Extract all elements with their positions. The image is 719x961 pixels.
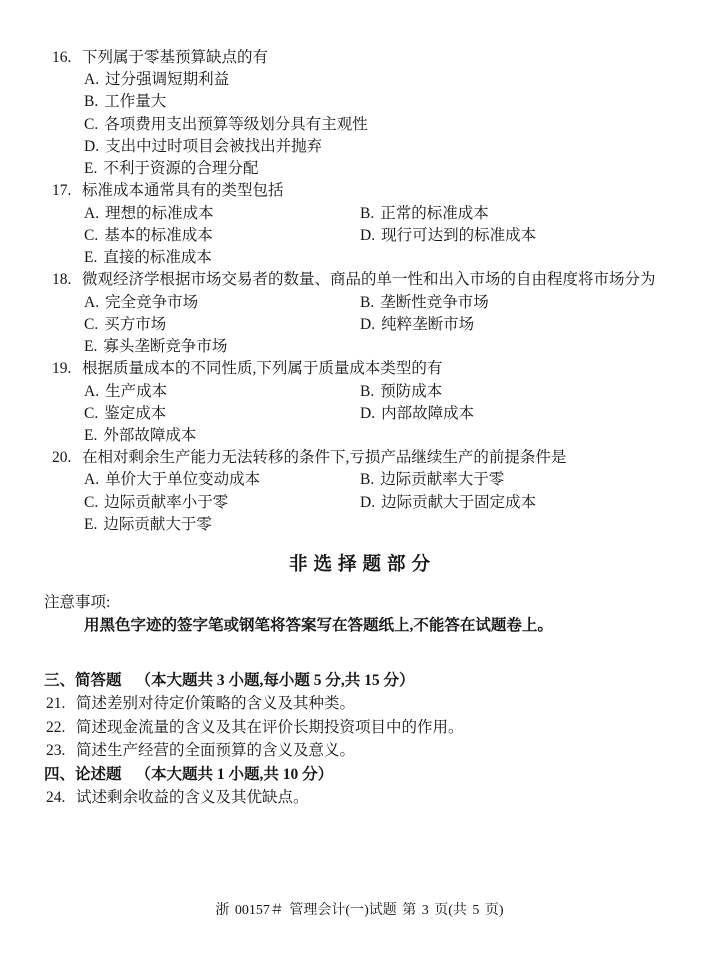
question-number: 17. <box>52 180 82 202</box>
option-label: E. <box>84 427 97 444</box>
question-text: 下列属于零基预算缺点的有 <box>82 49 268 66</box>
option-row-18-ab: A.完全竞争市场 B.垄断性竞争市场 <box>0 292 719 314</box>
option-label: A. <box>84 294 99 311</box>
question-20: 20.在相对剩余生产能力无法转移的条件下,亏损产品继续生产的前提条件是 <box>0 447 719 469</box>
lower-sections-block: 三、简答题（本大题共 3 小题,每小题 5 分,共 15 分） 21.简述差别对… <box>0 669 719 809</box>
option-text: 理想的标准成本 <box>105 205 214 222</box>
option-18-d: D.纯粹垄断市场 <box>360 314 474 336</box>
option-label: A. <box>84 471 99 488</box>
option-19-b: B.预防成本 <box>360 381 442 403</box>
option-label: D. <box>360 494 375 511</box>
question-number: 16. <box>52 47 82 69</box>
option-text: 外部故障成本 <box>103 427 196 444</box>
question-18: 18.微观经济学根据市场交易者的数量、商品的单一性和出入市场的自由程度将市场分为 <box>0 269 719 291</box>
multiple-choice-block: 16.下列属于零基预算缺点的有 A.过分强调短期利益 B.工作量大 C.各项费用… <box>0 47 719 536</box>
option-text: 支出中过时项目会被找出并抛弃 <box>105 138 322 155</box>
option-16-d: D.支出中过时项目会被找出并抛弃 <box>0 136 719 158</box>
question-19: 19.根据质量成本的不同性质,下列属于质量成本类型的有 <box>0 358 719 380</box>
option-text: 基本的标准成本 <box>104 227 213 244</box>
option-text: 工作量大 <box>104 93 166 110</box>
option-row-18-cd: C.买方市场 D.纯粹垄断市场 <box>0 314 719 336</box>
question-16: 16.下列属于零基预算缺点的有 <box>0 47 719 69</box>
option-label: B. <box>360 205 374 222</box>
option-text: 边际贡献率大于零 <box>380 471 504 488</box>
question-number: 21. <box>46 692 76 715</box>
question-number: 24. <box>46 786 76 809</box>
option-label: B. <box>360 294 374 311</box>
option-20-d: D.边际贡献大于固定成本 <box>360 492 536 514</box>
option-text: 预防成本 <box>380 383 442 400</box>
notice-body: 用黑色字迹的签字笔或钢笔将答案写在答题纸上,不能答在试题卷上。 <box>84 613 553 635</box>
question-text: 简述生产经营的全面预算的含义及意义。 <box>76 742 355 759</box>
option-17-b: B.正常的标准成本 <box>360 203 489 225</box>
option-text: 边际贡献大于零 <box>103 516 212 533</box>
question-17: 17.标准成本通常具有的类型包括 <box>0 180 719 202</box>
option-17-e: E.直接的标准成本 <box>0 247 719 269</box>
option-label: C. <box>84 405 98 422</box>
question-24: 24.试述剩余收益的含义及其优缺点。 <box>0 786 719 809</box>
page-footer: 浙 00157＃ 管理会计(一)试题 第 3 页(共 5 页) <box>0 899 719 919</box>
option-text: 正常的标准成本 <box>380 205 489 222</box>
option-19-c: C.鉴定成本 <box>84 405 166 422</box>
option-16-a: A.过分强调短期利益 <box>0 69 719 91</box>
option-label: E. <box>84 516 97 533</box>
option-text: 寡头垄断竞争市场 <box>103 338 227 355</box>
option-label: E. <box>84 160 97 177</box>
option-label: B. <box>360 471 374 488</box>
option-17-d: D.现行可达到的标准成本 <box>360 225 536 247</box>
option-label: C. <box>84 316 98 333</box>
option-20-c: C.边际贡献率小于零 <box>84 494 228 511</box>
option-17-c: C.基本的标准成本 <box>84 227 213 244</box>
option-20-b: B.边际贡献率大于零 <box>360 469 504 491</box>
option-label: C. <box>84 116 98 133</box>
section-4-heading: 四、论述题（本大题共 1 小题,共 10 分） <box>0 763 719 786</box>
option-text: 纯粹垄断市场 <box>381 316 474 333</box>
option-row-19-ab: A.生产成本 B.预防成本 <box>0 381 719 403</box>
option-row-17-ab: A.理想的标准成本 B.正常的标准成本 <box>0 203 719 225</box>
option-label: A. <box>84 205 99 222</box>
option-text: 不利于资源的合理分配 <box>103 160 258 177</box>
option-16-e: E.不利于资源的合理分配 <box>0 158 719 180</box>
option-label: E. <box>84 338 97 355</box>
option-text: 垄断性竞争市场 <box>380 294 489 311</box>
option-label: D. <box>360 316 375 333</box>
option-row-20-ab: A.单价大于单位变动成本 B.边际贡献率大于零 <box>0 469 719 491</box>
option-16-c: C.各项费用支出预算等级划分具有主观性 <box>0 114 719 136</box>
option-19-a: A.生产成本 <box>84 383 167 400</box>
option-text: 边际贡献大于固定成本 <box>381 494 536 511</box>
option-label: C. <box>84 494 98 511</box>
question-number: 22. <box>46 716 76 739</box>
question-number: 19. <box>52 358 82 380</box>
option-16-b: B.工作量大 <box>0 91 719 113</box>
section-title: 四、论述题 <box>44 766 122 783</box>
option-row-19-cd: C.鉴定成本 D.内部故障成本 <box>0 403 719 425</box>
part-heading: 非选择题部分 <box>0 550 719 576</box>
question-number: 20. <box>52 447 82 469</box>
option-text: 鉴定成本 <box>104 405 166 422</box>
option-text: 完全竞争市场 <box>105 294 198 311</box>
option-18-c: C.买方市场 <box>84 316 166 333</box>
question-23: 23.简述生产经营的全面预算的含义及意义。 <box>0 739 719 762</box>
option-18-e: E.寡头垄断竞争市场 <box>0 336 719 358</box>
option-label: E. <box>84 249 97 266</box>
question-text: 标准成本通常具有的类型包括 <box>82 182 284 199</box>
question-number: 23. <box>46 739 76 762</box>
option-label: B. <box>84 93 98 110</box>
question-text: 试述剩余收益的含义及其优缺点。 <box>76 789 309 806</box>
option-19-e: E.外部故障成本 <box>0 425 719 447</box>
question-text: 根据质量成本的不同性质,下列属于质量成本类型的有 <box>82 360 442 377</box>
option-20-e: E.边际贡献大于零 <box>0 514 719 536</box>
option-row-17-cd: C.基本的标准成本 D.现行可达到的标准成本 <box>0 225 719 247</box>
option-text: 生产成本 <box>105 383 167 400</box>
question-21: 21.简述差别对待定价策略的含义及其种类。 <box>0 692 719 715</box>
option-17-a: A.理想的标准成本 <box>84 205 214 222</box>
option-text: 内部故障成本 <box>381 405 474 422</box>
section-meta: （本大题共 1 小题,共 10 分） <box>136 766 334 783</box>
option-label: C. <box>84 227 98 244</box>
section-meta: （本大题共 3 小题,每小题 5 分,共 15 分） <box>136 672 415 689</box>
option-text: 过分强调短期利益 <box>105 71 229 88</box>
section-3-heading: 三、简答题（本大题共 3 小题,每小题 5 分,共 15 分） <box>0 669 719 692</box>
option-label: D. <box>360 227 375 244</box>
option-row-20-cd: C.边际贡献率小于零 D.边际贡献大于固定成本 <box>0 492 719 514</box>
option-18-b: B.垄断性竞争市场 <box>360 292 489 314</box>
question-text: 在相对剩余生产能力无法转移的条件下,亏损产品继续生产的前提条件是 <box>82 449 566 466</box>
option-label: A. <box>84 383 99 400</box>
question-number: 18. <box>52 269 82 291</box>
option-20-a: A.单价大于单位变动成本 <box>84 471 260 488</box>
option-label: A. <box>84 71 99 88</box>
option-label: D. <box>84 138 99 155</box>
question-text: 微观经济学根据市场交易者的数量、商品的单一性和出入市场的自由程度将市场分为 <box>82 271 656 288</box>
question-text: 简述现金流量的含义及其在评价长期投资项目中的作用。 <box>76 719 464 736</box>
option-text: 直接的标准成本 <box>103 249 212 266</box>
option-label: D. <box>360 405 375 422</box>
exam-paper-page: 16.下列属于零基预算缺点的有 A.过分强调短期利益 B.工作量大 C.各项费用… <box>0 0 719 961</box>
option-text: 各项费用支出预算等级划分具有主观性 <box>104 116 368 133</box>
section-title: 三、简答题 <box>44 672 122 689</box>
option-text: 单价大于单位变动成本 <box>105 471 260 488</box>
question-text: 简述差别对待定价策略的含义及其种类。 <box>76 695 355 712</box>
option-text: 边际贡献率小于零 <box>104 494 228 511</box>
option-label: B. <box>360 383 374 400</box>
option-18-a: A.完全竞争市场 <box>84 294 198 311</box>
question-22: 22.简述现金流量的含义及其在评价长期投资项目中的作用。 <box>0 716 719 739</box>
option-text: 现行可达到的标准成本 <box>381 227 536 244</box>
notice-label: 注意事项: <box>44 590 110 612</box>
option-19-d: D.内部故障成本 <box>360 403 474 425</box>
option-text: 买方市场 <box>104 316 166 333</box>
